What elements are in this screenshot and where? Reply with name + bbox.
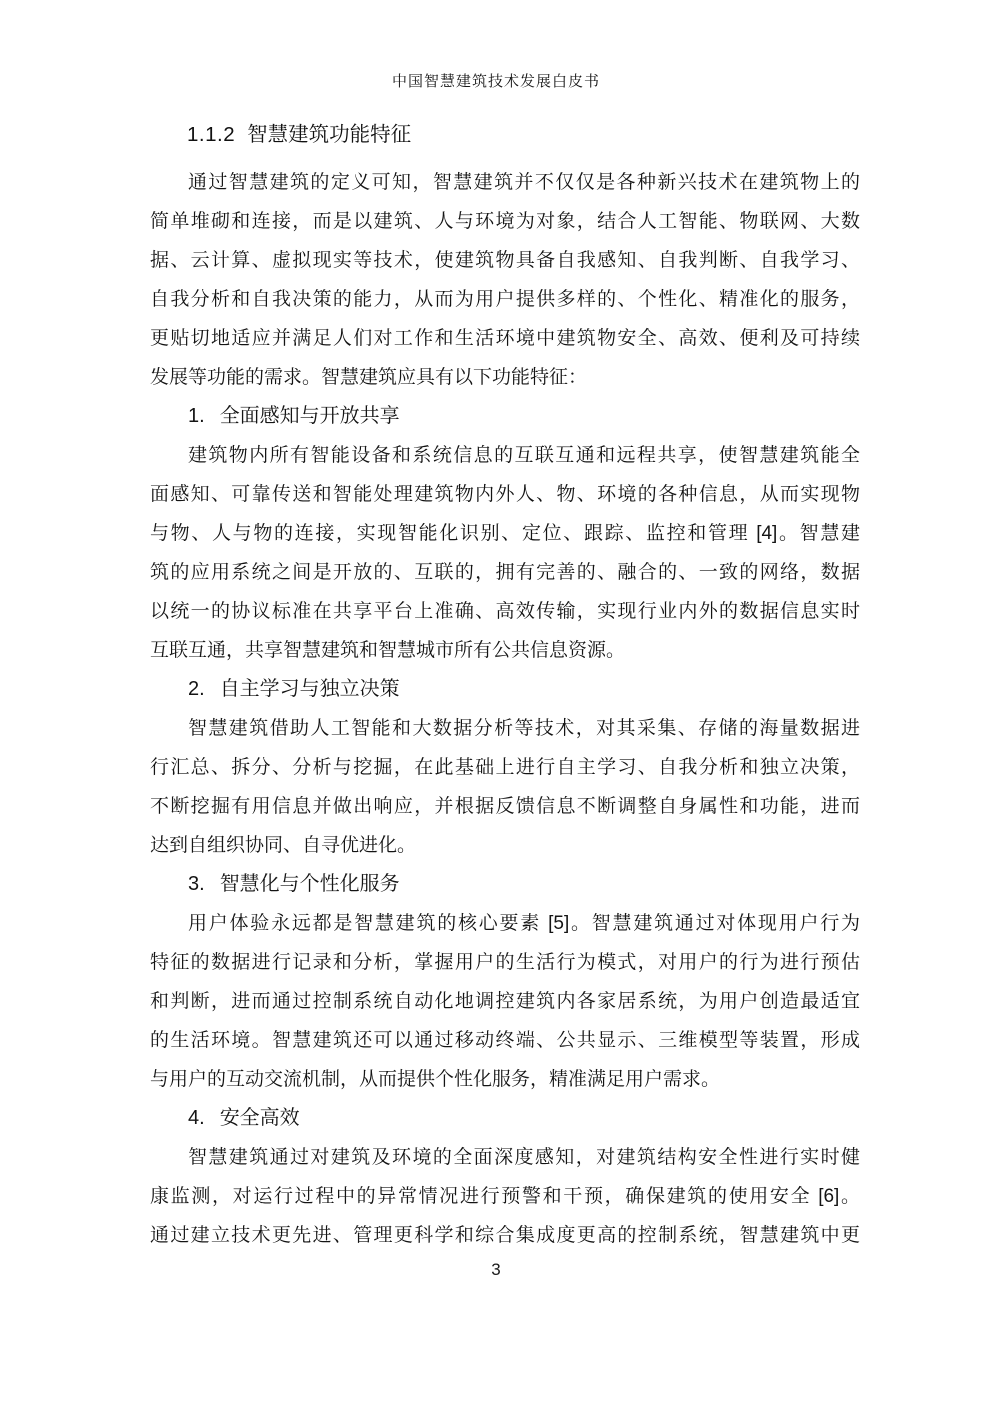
text-line: 特征的数据进行记录和分析，掌握用户的生活行为模式，对用户的行为进行预估	[150, 943, 860, 982]
text-line: 智慧建筑通过对建筑及环境的全面深度感知，对建筑结构安全性进行实时健	[150, 1138, 860, 1177]
text-blocks: 通过智慧建筑的定义可知，智慧建筑并不仅仅是各种新兴技术在建筑物上的简单堆砌和连接…	[150, 163, 860, 1255]
text-line: 面感知、可靠传送和智能处理建筑物内外人、物、环境的各种信息，从而实现物	[150, 475, 860, 514]
text-line: 和判断，进而通过控制系统自动化地调控建筑内各家居系统，为用户创造最适宜	[150, 982, 860, 1021]
list-item-heading: 4.安全高效	[150, 1099, 860, 1138]
list-item-number: 1.	[188, 405, 205, 427]
list-item-number: 4.	[188, 1107, 205, 1129]
list-item-title: 自主学习与独立决策	[220, 678, 400, 700]
section-heading: 1.1.2智慧建筑功能特征	[150, 118, 860, 163]
list-item-heading: 2.自主学习与独立决策	[150, 670, 860, 709]
text-line: 不断挖掘有用信息并做出响应，并根据反馈信息不断调整自身属性和功能，进而	[150, 787, 860, 826]
page-number: 3	[0, 1260, 992, 1280]
text-line: 更贴切地适应并满足人们对工作和生活环境中建筑物安全、高效、便利及可持续	[150, 319, 860, 358]
document-body: 1.1.2智慧建筑功能特征 通过智慧建筑的定义可知，智慧建筑并不仅仅是各种新兴技…	[150, 118, 860, 1255]
section-number: 1.1.2	[187, 123, 235, 146]
text-line: 与用户的互动交流机制，从而提供个性化服务，精准满足用户需求。	[150, 1060, 860, 1099]
text-line: 的生活环境。智慧建筑还可以通过移动终端、公共显示、三维模型等装置，形成	[150, 1021, 860, 1060]
text-line: 行汇总、拆分、分析与挖掘，在此基础上进行自主学习、自我分析和独立决策，	[150, 748, 860, 787]
text-line: 与物、人与物的连接，实现智能化识别、定位、跟踪、监控和管理 [4]。智慧建	[150, 514, 860, 553]
text-line: 互联互通，共享智慧建筑和智慧城市所有公共信息资源。	[150, 631, 860, 670]
list-item-title: 智慧化与个性化服务	[220, 873, 400, 895]
text-line: 智慧建筑借助人工智能和大数据分析等技术，对其采集、存储的海量数据进	[150, 709, 860, 748]
text-line: 用户体验永远都是智慧建筑的核心要素 [5]。智慧建筑通过对体现用户行为	[150, 904, 860, 943]
text-line: 以统一的协议标准在共享平台上准确、高效传输，实现行业内外的数据信息实时	[150, 592, 860, 631]
text-line: 建筑物内所有智能设备和系统信息的互联互通和远程共享，使智慧建筑能全	[150, 436, 860, 475]
text-line: 筑的应用系统之间是开放的、互联的，拥有完善的、融合的、一致的网络，数据	[150, 553, 860, 592]
text-line: 据、云计算、虚拟现实等技术，使建筑物具备自我感知、自我判断、自我学习、	[150, 241, 860, 280]
list-item-heading: 1.全面感知与开放共享	[150, 397, 860, 436]
document-page: 中国智慧建筑技术发展白皮书 1.1.2智慧建筑功能特征 通过智慧建筑的定义可知，…	[0, 0, 992, 1403]
text-line: 通过建立技术更先进、管理更科学和综合集成度更高的控制系统，智慧建筑中更	[150, 1216, 860, 1255]
text-line: 达到自组织协同、自寻优进化。	[150, 826, 860, 865]
text-line: 发展等功能的需求。智慧建筑应具有以下功能特征：	[150, 358, 860, 397]
section-title: 智慧建筑功能特征	[247, 123, 411, 146]
list-item-heading: 3.智慧化与个性化服务	[150, 865, 860, 904]
list-item-number: 3.	[188, 873, 205, 895]
list-item-title: 安全高效	[220, 1107, 300, 1129]
running-header: 中国智慧建筑技术发展白皮书	[0, 70, 992, 91]
text-line: 康监测，对运行过程中的异常情况进行预警和干预，确保建筑的使用安全 [6]。	[150, 1177, 860, 1216]
list-item-title: 全面感知与开放共享	[220, 405, 400, 427]
text-line: 简单堆砌和连接，而是以建筑、人与环境为对象，结合人工智能、物联网、大数	[150, 202, 860, 241]
text-line: 自我分析和自我决策的能力，从而为用户提供多样的、个性化、精准化的服务，	[150, 280, 860, 319]
list-item-number: 2.	[188, 678, 205, 700]
text-line: 通过智慧建筑的定义可知，智慧建筑并不仅仅是各种新兴技术在建筑物上的	[150, 163, 860, 202]
